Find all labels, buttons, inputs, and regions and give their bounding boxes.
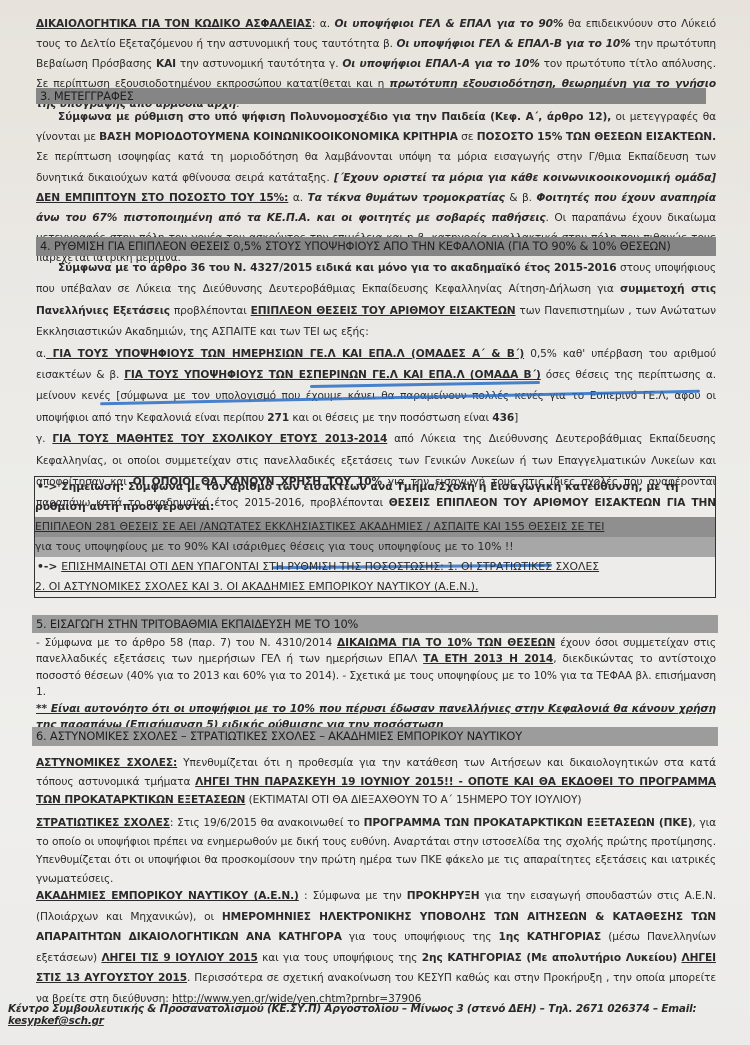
item-a-day-schools: ΓΙΑ ΤΟΥΣ ΥΠΟΨΗΦΙΟΥΣ ΤΩΝ ΗΜΕΡΗΣΙΩΝ ΓΕ.Λ Κ… — [46, 348, 524, 360]
note-box: •-> Σημείωση: Σύμφωνα με τον αριθμό των … — [34, 476, 716, 598]
note-line: 2. ΟΙ ΑΣΤΥΝΟΜΙΚΕΣ ΣΧΟΛΕΣ ΚΑΙ 3. ΟΙ ΑΚΑΔΗ… — [35, 577, 715, 597]
section-5-header: 5. ΕΙΣΑΓΩΓΗ ΣΤΗΝ ΤΡΙΤΟΒΑΘΜΙΑ ΕΚΠΑΙΔΕΥΣΗ … — [32, 615, 718, 633]
security-code-label: ΔΙΚΑΙΟΛΟΓΗΤΙΚΑ ΓΙΑ ΤΟΝ ΚΩΔΙΚΟ ΑΣΦΑΛΕΙΑΣ — [36, 18, 312, 30]
section-5-body: - Σύμφωνα με το άρθρο 58 (παρ. 7) του Ν.… — [36, 635, 716, 733]
item-c-students-2013-2014: ΓΙΑ ΤΟΥΣ ΜΑΘΗΤΕΣ ΤΟΥ ΣΧΟΛΙΚΟΥ ΕΤΟΥΣ 2013… — [52, 433, 387, 445]
police-schools-label: ΑΣΤΥΝΟΜΙΚΕΣ ΣΧΟΛΕΣ: — [36, 757, 177, 769]
candidates-count: 271 — [267, 412, 289, 424]
section-6-police: ΑΣΤΥΝΟΜΙΚΕΣ ΣΧΟΛΕΣ: Υπενθυμίζεται ότι η … — [36, 754, 716, 810]
footer-contact: Κέντρο Συμβουλευτικής & Προσανατολισμού … — [8, 1003, 748, 1027]
exclusion-label: ΔΕΝ ΕΜΠΙΠΤΟΥΝ ΣΤΟ ΠΟΣΟΣΤΟ ΤΟΥ 15%: — [36, 192, 288, 204]
note-line: •-> ΕΠΙΣΗΜΑΙΝΕΤΑΙ ΟΤΙ ΔΕΝ ΥΠΑΓΟΝΤΑΙ ΣΤΗ … — [35, 557, 715, 577]
note-highlight-line: για τους υποψηφίους με το 90% ΚΑΙ ισάριθ… — [35, 537, 715, 557]
document-page: ΔΙΚΑΙΟΛΟΓΗΤΙΚΑ ΓΙΑ ΤΟΝ ΚΩΔΙΚΟ ΑΣΦΑΛΕΙΑΣ:… — [0, 0, 750, 1045]
naval-academies-label: ΑΚΑΔΗΜΙΕΣ ΕΜΠΟΡΙΚΟΥ ΝΑΥΤΙΚΟΥ (Α.Ε.Ν.) — [36, 890, 299, 902]
quota-seats-count: 436 — [492, 412, 514, 424]
note-line: •-> Σημείωση: Σύμφωνα με τον αριθμό των … — [35, 477, 715, 497]
section-5-title: 5. ΕΙΣΑΓΩΓΗ ΣΤΗΝ ΤΡΙΤΟΒΑΘΜΙΑ ΕΚΠΑΙΔΕΥΣΗ … — [36, 617, 358, 631]
section-3-header: 3. ΜΕΤΕΓΓΡΑΦΕΣ — [36, 88, 706, 104]
section-6-naval: ΑΚΑΔΗΜΙΕΣ ΕΜΠΟΡΙΚΟΥ ΝΑΥΤΙΚΟΥ (Α.Ε.Ν.) : … — [36, 886, 716, 1009]
email-link[interactable]: kesypkef@sch.gr — [8, 1015, 104, 1027]
section-4-title: 4. ΡΥΘΜΙΣΗ ΓΙΑ ΕΠΙΠΛΕΟΝ ΘΕΣΕΙΣ 0,5% ΣΤΟΥ… — [40, 239, 671, 253]
section-4-header: 4. ΡΥΘΜΙΣΗ ΓΙΑ ΕΠΙΠΛΕΟΝ ΘΕΣΕΙΣ 0,5% ΣΤΟΥ… — [36, 237, 716, 256]
section-6-military: ΣΤΡΑΤΙΩΤΙΚΕΣ ΣΧΟΛΕΣ: Στις 19/6/2015 θα α… — [36, 814, 716, 888]
section-3-title: 3. ΜΕΤΕΓΓΡΑΦΕΣ — [40, 89, 134, 103]
note-highlight-line: ΕΠΙΠΛΕΟΝ 281 ΘΕΣΕΙΣ ΣΕ ΑΕΙ /ΑΝΩΤΑΤΕΣ ΕΚΚ… — [35, 517, 715, 537]
military-schools-label: ΣΤΡΑΤΙΩΤΙΚΕΣ ΣΧΟΛΕΣ — [36, 817, 170, 829]
item-b-evening-schools: ΓΙΑ ΤΟΥΣ ΥΠΟΨΗΦΙΟΥΣ ΤΩΝ ΕΣΠΕΡΙΝΩΝ ΓΕ.Λ Κ… — [124, 369, 541, 381]
note-line: ρύθμιση αυτή προσφέρονται: — [35, 497, 715, 517]
section-6-title: 6. ΑΣΤΥΝΟΜΙΚΕΣ ΣΧΟΛΕΣ – ΣΤΡΑΤΙΩΤΙΚΕΣ ΣΧΟ… — [36, 729, 522, 743]
section-6-header: 6. ΑΣΤΥΝΟΜΙΚΕΣ ΣΧΟΛΕΣ – ΣΤΡΑΤΙΩΤΙΚΕΣ ΣΧΟ… — [32, 727, 718, 746]
